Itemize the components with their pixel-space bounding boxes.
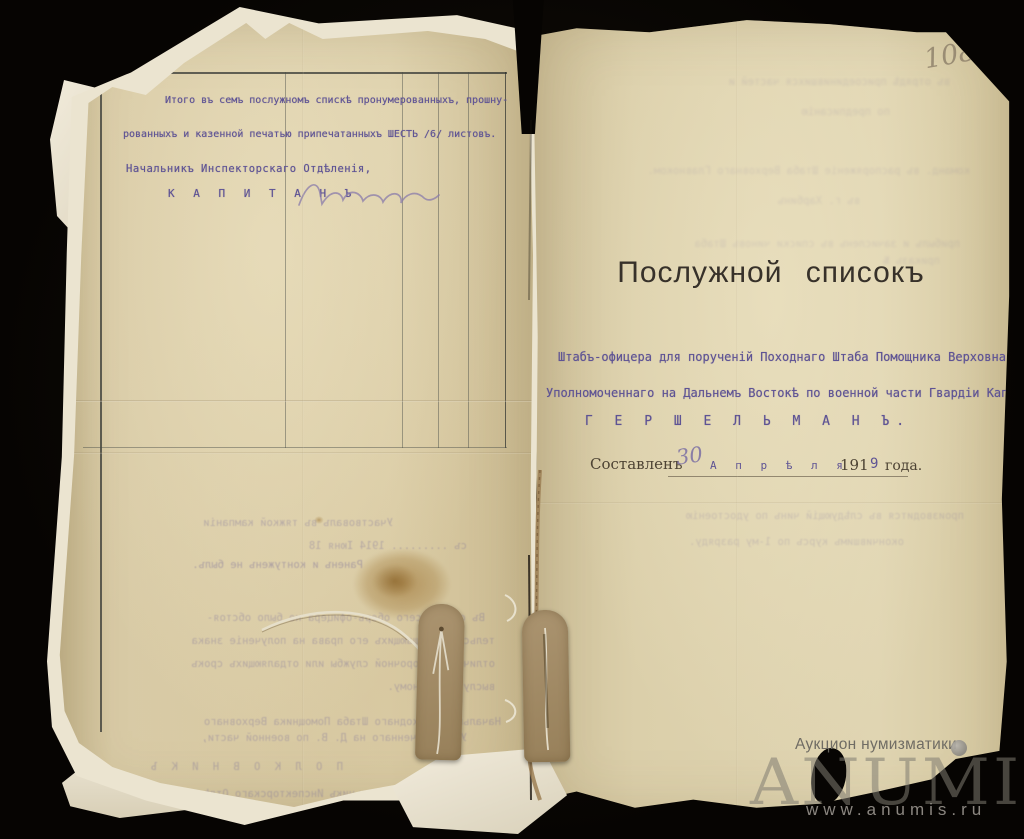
photo-backdrop: Итого въ семъ послужномъ спискѣ пронумер…	[0, 0, 1024, 839]
bleedthrough-line: окончившимъ курсъ по 1-му разряду.	[534, 536, 904, 549]
fold-crease	[55, 400, 533, 402]
officer-name: Г Е Р Ш Е Л Ь М А Н Ъ.	[528, 414, 968, 429]
date-underline	[668, 476, 908, 477]
handwritten-day: 30	[674, 442, 704, 469]
cardboard-tag	[415, 603, 465, 760]
tag-thread	[415, 603, 465, 760]
watermark-url: www.anumis.ru	[806, 800, 986, 820]
bleedthrough-line: по предписанію	[540, 106, 890, 119]
bleedthrough-line: прибылъ и зачисленъ въ списки чиновъ Шта…	[540, 238, 960, 251]
bleedthrough-text-block: въ отрядѣ присоединившихся частей ипо пр…	[540, 76, 980, 285]
fold-crease	[528, 502, 1014, 504]
ledger-note-line: Итого въ семъ послужномъ спискѣ пронумер…	[165, 95, 508, 106]
bleedthrough-line: съ ......... 1914 Іюня 18	[73, 540, 467, 553]
document-title: Послужной списокъ	[528, 256, 1014, 290]
right-document-page: 108 въ отрядѣ присоединившихся частей ип…	[528, 12, 1014, 824]
bleedthrough-line: Уполномоченнаго на Д. В. по военной част…	[73, 732, 467, 745]
bleedthrough-line: въ г. Харбинъ	[540, 195, 860, 208]
tag-thread	[522, 610, 571, 763]
bleedthrough-line: въ отрядѣ присоединившихся частей и	[540, 76, 950, 89]
signature-scrawl	[293, 173, 443, 215]
document-subtitle-line: Уполномоченнаго на Дальнемъ Востокѣ по в…	[546, 386, 1024, 400]
typed-year-digit: 9	[870, 456, 878, 472]
fold-crease	[55, 452, 533, 454]
compiled-label: Составленъ	[590, 455, 683, 473]
handwritten-page-number: 108	[922, 36, 978, 75]
year-suffix: года.	[885, 458, 922, 474]
bleedthrough-line: производится въ слѣдующій чинъ по удосто…	[534, 510, 964, 523]
fold-crease	[736, 12, 738, 824]
bleedthrough-line: Участвовалъ въ тяжкой кампаніи	[73, 517, 393, 530]
bleedthrough-text-block: производится въ слѣдующій чинъ по удосто…	[534, 510, 964, 562]
bleedthrough-line: Раненъ и контуженъ не былъ.	[73, 559, 363, 572]
typed-month: А п р ѣ л я	[710, 459, 849, 472]
table-line	[505, 72, 506, 448]
document-subtitle-line: Штабъ-офицера для порученій Походнаго Шт…	[558, 350, 1020, 364]
table-line	[83, 447, 507, 448]
printed-year: 191	[840, 456, 869, 474]
cardboard-tag	[522, 610, 571, 763]
bleedthrough-line: команд. въ распоряженіе Штаба Верховнаго…	[540, 165, 970, 178]
ledger-note-line: рованныхъ и казенной печатью припечатанн…	[123, 129, 496, 140]
